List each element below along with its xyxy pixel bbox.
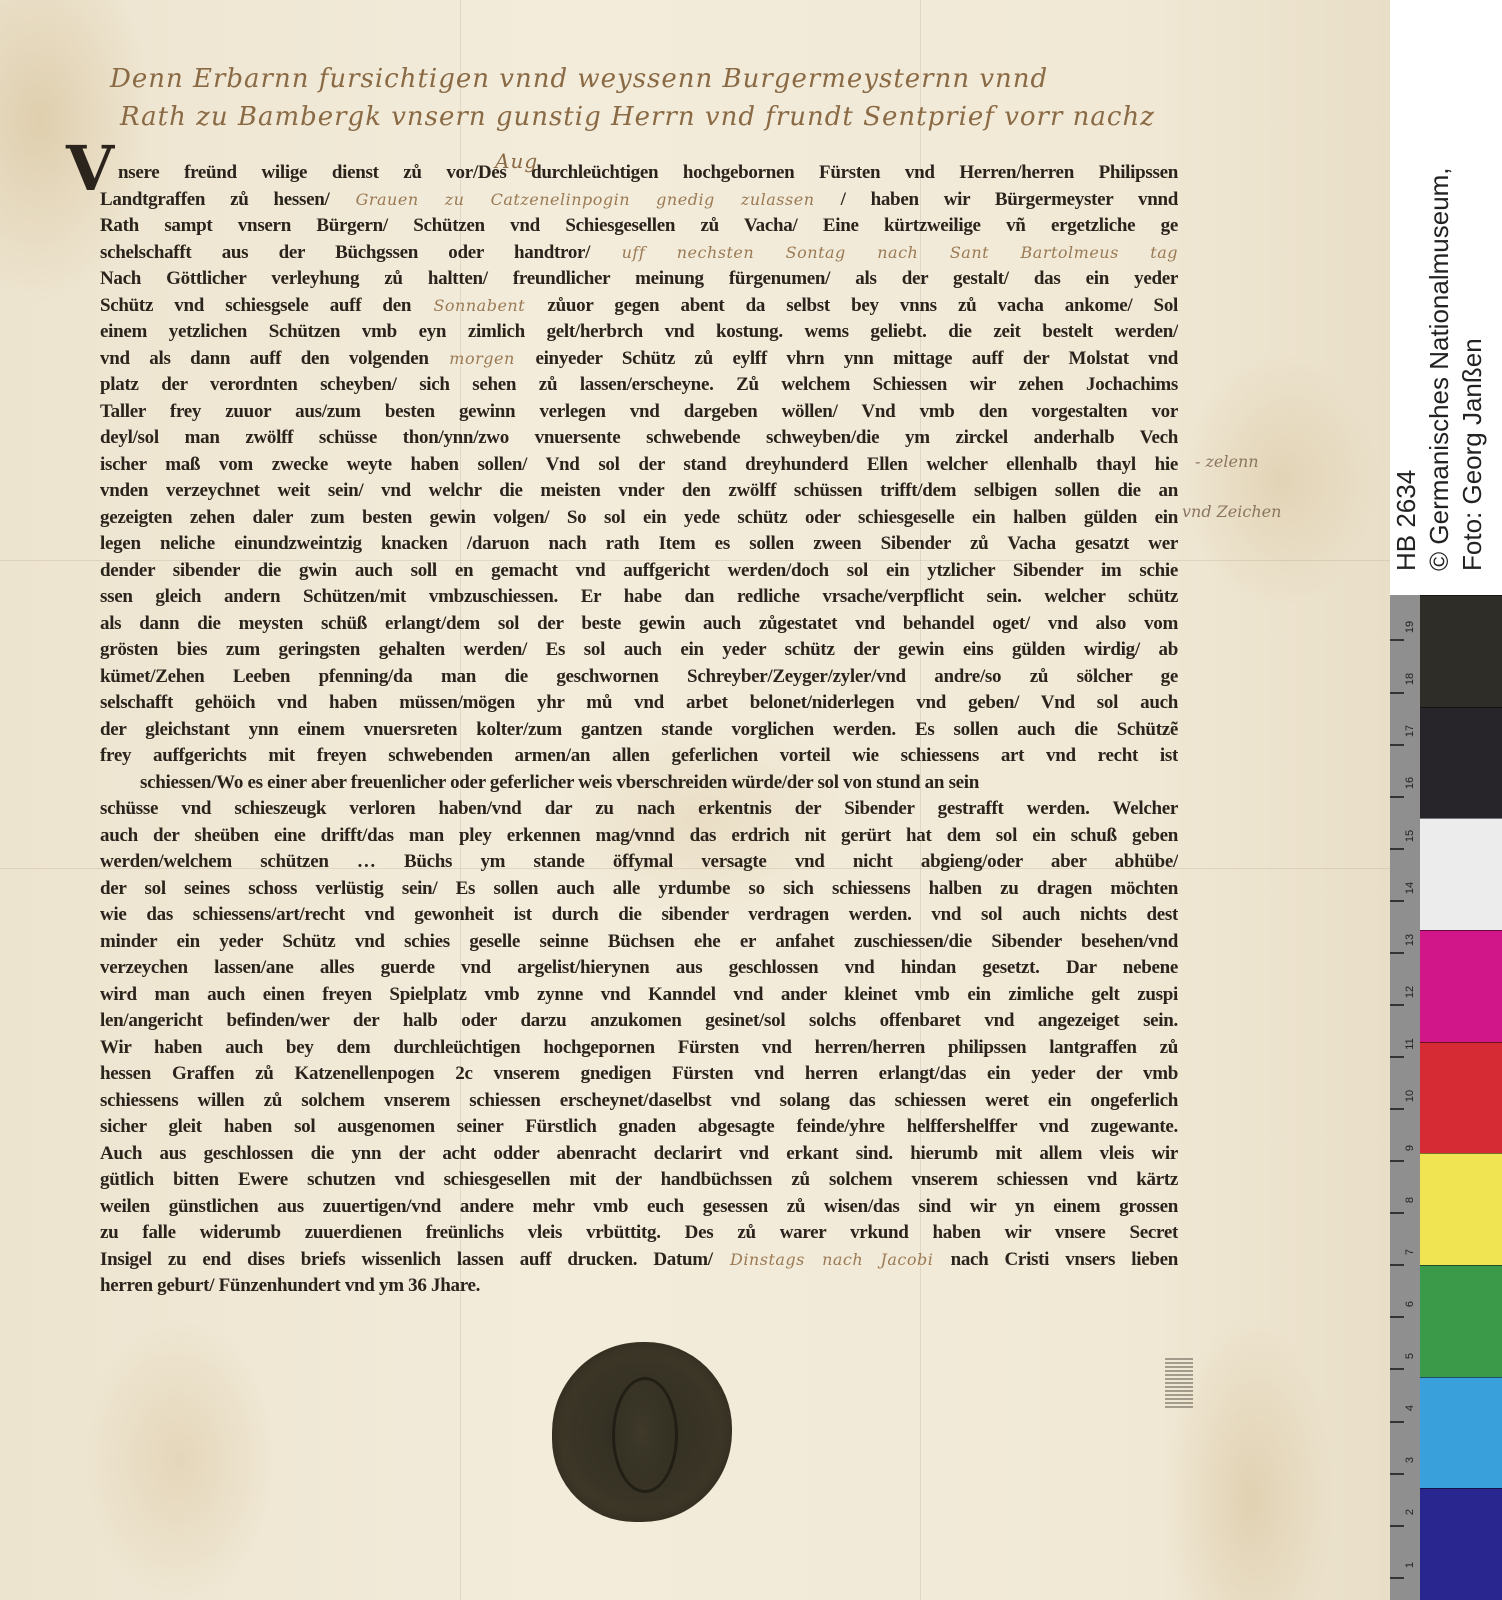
printed-text: grösten bies zum geringsten gehalten wer… <box>100 639 1178 660</box>
text-line: len/angericht befinden/wer der halb oder… <box>100 1008 1178 1035</box>
text-line: hessen Graffen zů Katzenellenpogen 2c vn… <box>100 1061 1178 1088</box>
printed-text: zůuor gegen abent da selbst bey vnns zů … <box>548 295 1179 316</box>
address-line-2: Rath zu Bambergk vnsern gunstig Herrn vn… <box>110 98 1250 136</box>
printed-text: kümet/Zehen Leeben pfenning/da man die g… <box>100 666 1178 687</box>
ruler-label: 16 <box>1404 773 1416 793</box>
printed-text: sicher gleit haben sol ausgenomen seiner… <box>100 1116 1178 1137</box>
printed-text: hessen Graffen zů Katzenellenpogen 2c vn… <box>100 1063 1178 1084</box>
inventory-number: HB 2634 <box>1390 0 1423 571</box>
parchment-document: Denn Erbarnn fursichtigen vnnd weyssenn … <box>0 0 1390 1600</box>
printed-text: auch der sheüben eine drifft/das man ple… <box>100 825 1178 846</box>
text-line: selschafft gehöich vnd haben müssen/möge… <box>100 690 1178 717</box>
seal-imprint <box>612 1377 678 1493</box>
text-line: wird man auch einen freyen Spielplatz vm… <box>100 982 1178 1009</box>
text-line: gezeigten zehen daler zum besten gewin v… <box>100 505 1178 532</box>
ruler-label: 19 <box>1404 617 1416 637</box>
ruler-label: 18 <box>1404 669 1416 689</box>
handwritten-insertion: uff nechsten Sontag nach Sant Bartolmeus… <box>590 243 1178 262</box>
ruler-tick <box>1390 1421 1404 1423</box>
text-line: Landtgraffen zů hessen/ Grauen zu Catzen… <box>100 187 1178 214</box>
printed-text: schüsse vnd schieszeugk verloren haben/v… <box>100 798 1178 819</box>
printed-text: der gleichstant ynn einem vnuersreten ko… <box>100 719 1178 740</box>
handwritten-address: Denn Erbarnn fursichtigen vnnd weyssenn … <box>110 60 1250 136</box>
ruler-tick <box>1390 1004 1404 1006</box>
printed-text: gütlich bitten Ewere schutzen vnd schies… <box>100 1169 1178 1190</box>
ink-smudge <box>1165 1358 1193 1408</box>
printed-text: schiessens willen zů solchem vnserem sch… <box>100 1090 1178 1111</box>
ruler-tick <box>1390 952 1404 954</box>
printed-text: Rath sampt vnsern Bürgern/ Schützen vnd … <box>100 215 1178 236</box>
text-line: Schütz vnd schiesgsele auff den Sonnaben… <box>100 293 1178 320</box>
text-line: Taller frey zuuor aus/zum besten gewinn … <box>100 399 1178 426</box>
ruler-label: 6 <box>1404 1294 1416 1314</box>
color-patch-green <box>1420 1265 1502 1378</box>
printed-text: deyl/sol man zwölff schüsse thon/ynn/zwo… <box>100 427 1178 448</box>
printed-text: vnden verzeychnet weit sein/ vnd welchr … <box>100 480 1178 501</box>
ruler-label: 14 <box>1404 878 1416 898</box>
handwritten-insertion: Dinstags nach Jacobi <box>713 1250 951 1269</box>
handwritten-insertion: morgen <box>429 349 536 368</box>
printed-text: Insigel zu end dises briefs wissenlich l… <box>100 1249 713 1270</box>
printed-text: Landtgraffen zů hessen/ <box>100 189 329 210</box>
text-line: wie das schiessens/art/recht vnd gewonhe… <box>100 902 1178 929</box>
color-patch-blue <box>1420 1488 1502 1600</box>
wax-seal <box>552 1342 732 1522</box>
text-line: platz der verordnten scheyben/ sich sehe… <box>100 372 1178 399</box>
text-line: dender sibender die gwin auch soll en ge… <box>100 558 1178 585</box>
printed-text: ischer maß vom zwecke weyte haben sollen… <box>100 454 1178 475</box>
handwritten-insertion: Sonnabent <box>411 296 547 315</box>
printed-text: der sol seines schoss verlüstig sein/ Es… <box>100 878 1178 899</box>
color-patch-dark-gray <box>1420 707 1502 820</box>
text-line: verzeychen lassen/ane alles guerde vnd a… <box>100 955 1178 982</box>
printed-text-block: nsere freünd wilige dienst zů vor/Des du… <box>100 160 1178 1300</box>
printed-text: minder ein yeder Schütz vnd schies gesel… <box>100 931 1178 952</box>
text-line: nsere freünd wilige dienst zů vor/Des du… <box>100 160 1178 187</box>
ruler-label: 10 <box>1404 1086 1416 1106</box>
handwritten-insertion: Grauen zu Catzenelinpogin gnedig zulasse… <box>329 190 840 209</box>
ruler-label: 8 <box>1404 1190 1416 1210</box>
text-line: Nach Göttlicher verleyhung zů haltten/ f… <box>100 266 1178 293</box>
ruler-label: 13 <box>1404 930 1416 950</box>
text-line: deyl/sol man zwölff schüsse thon/ynn/zwo… <box>100 425 1178 452</box>
text-line: Rath sampt vnsern Bürgern/ Schützen vnd … <box>100 213 1178 240</box>
ruler-label: 4 <box>1404 1398 1416 1418</box>
ruler-label: 2 <box>1404 1502 1416 1522</box>
ruler-tick <box>1390 796 1404 798</box>
printed-text: selschafft gehöich vnd haben müssen/möge… <box>100 692 1178 713</box>
ruler-tick <box>1390 1212 1404 1214</box>
text-line: der sol seines schoss verlüstig sein/ Es… <box>100 876 1178 903</box>
printed-text: verzeychen lassen/ane alles guerde vnd a… <box>100 957 1178 978</box>
printed-text: als dann die meysten schüß erlangt/dem s… <box>100 613 1178 634</box>
printed-text: len/angericht befinden/wer der halb oder… <box>100 1010 1178 1031</box>
printed-text: ssen gleich andern Schützen/mit vmbzusch… <box>100 586 1178 607</box>
printed-text: einyeder Schütz zů eylff vhrn ynn mittag… <box>535 348 1178 369</box>
printed-text: zu falle widerumb zuuerdienen freünlichs… <box>100 1222 1178 1243</box>
color-patch-yellow <box>1420 1153 1502 1266</box>
ruler-tick <box>1390 692 1404 694</box>
ruler-label: 15 <box>1404 826 1416 846</box>
text-line: frey auffgerichts mit freyen schwebenden… <box>100 743 1178 770</box>
text-line: vnd als dann auff den volgenden morgen e… <box>100 346 1178 373</box>
text-line: zu falle widerumb zuuerdienen freünlichs… <box>100 1220 1178 1247</box>
printed-text: schelschafft aus der Büchgssen oder hand… <box>100 242 590 263</box>
ruler-label: 9 <box>1404 1138 1416 1158</box>
text-line: als dann die meysten schüß erlangt/dem s… <box>100 611 1178 638</box>
printed-text: gezeigten zehen daler zum besten gewin v… <box>100 507 1178 528</box>
printed-text: nach Cristi vnsers lieben <box>951 1249 1178 1270</box>
photographer-line: Foto: Georg Janßen <box>1456 0 1489 571</box>
printed-text: nsere freünd wilige dienst zů vor/Des du… <box>118 162 1178 183</box>
ruler-tick <box>1390 1160 1404 1162</box>
text-line: werden/welchem schützen … Büchs ym stand… <box>100 849 1178 876</box>
ruler-tick <box>1390 639 1404 641</box>
printed-text: dender sibender die gwin auch soll en ge… <box>100 560 1178 581</box>
ruler-label: 5 <box>1404 1346 1416 1366</box>
text-line: gütlich bitten Ewere schutzen vnd schies… <box>100 1167 1178 1194</box>
printed-text: frey auffgerichts mit freyen schwebenden… <box>100 745 1178 766</box>
printed-text: wird man auch einen freyen Spielplatz vm… <box>100 984 1178 1005</box>
printed-text: schiessen/Wo es einer aber freuenlicher … <box>140 772 979 793</box>
ruler-tick <box>1390 1316 1404 1318</box>
ruler-tick <box>1390 1368 1404 1370</box>
text-line: schiessen/Wo es einer aber freuenlicher … <box>100 770 1178 797</box>
color-patch-magenta <box>1420 930 1502 1043</box>
color-patch-red <box>1420 1042 1502 1155</box>
printed-text: herren geburt/ Fünzenhundert vnd ym 36 J… <box>100 1275 480 1296</box>
printed-text: Auch aus geschlossen die ynn der acht od… <box>100 1143 1178 1164</box>
printed-text: werden/welchem schützen … Büchs ym stand… <box>100 851 1178 872</box>
color-patch-black <box>1420 595 1502 708</box>
ruler-label: 3 <box>1404 1450 1416 1470</box>
ruler-tick <box>1390 1108 1404 1110</box>
printed-text: legen neliche einundzweintzig knacken /d… <box>100 533 1178 554</box>
printed-text: einem yetzlichen Schützen vmb eyn zimlic… <box>100 321 1178 342</box>
color-patch-cyan <box>1420 1377 1502 1490</box>
printed-text: weilen günstlichen aus zuuertigen/vnd an… <box>100 1196 1178 1217</box>
ruler-tick <box>1390 1525 1404 1527</box>
text-line: einem yetzlichen Schützen vmb eyn zimlic… <box>100 319 1178 346</box>
text-line: schelschafft aus der Büchgssen oder hand… <box>100 240 1178 267</box>
text-line: sicher gleit haben sol ausgenomen seiner… <box>100 1114 1178 1141</box>
printed-text: platz der verordnten scheyben/ sich sehe… <box>100 374 1178 395</box>
ruler-tick <box>1390 1264 1404 1266</box>
measurement-ruler: 19181716151413121110987654321 <box>1390 595 1420 1600</box>
ruler-label: 12 <box>1404 982 1416 1002</box>
copyright-line: © Germanisches Nationalmuseum, <box>1423 0 1456 571</box>
text-line: Insigel zu end dises briefs wissenlich l… <box>100 1247 1178 1274</box>
printed-text: Nach Göttlicher verleyhung zů haltten/ f… <box>100 268 1178 289</box>
text-line: der gleichstant ynn einem vnuersreten ko… <box>100 717 1178 744</box>
text-line: ischer maß vom zwecke weyte haben sollen… <box>100 452 1178 479</box>
ruler-label: 17 <box>1404 721 1416 741</box>
text-line: legen neliche einundzweintzig knacken /d… <box>100 531 1178 558</box>
margin-note: - zelenn <box>1195 452 1259 471</box>
text-line: minder ein yeder Schütz vnd schies gesel… <box>100 929 1178 956</box>
ruler-label: 1 <box>1404 1555 1416 1575</box>
printed-text: Taller frey zuuor aus/zum besten gewinn … <box>100 401 1178 422</box>
printed-text: Wir haben auch bey dem durchleüchtigen h… <box>100 1037 1178 1058</box>
printed-text: vnd als dann auff den volgenden <box>100 348 429 369</box>
photo-credit: HB 2634 © Germanisches Nationalmuseum, F… <box>1390 0 1502 585</box>
text-line: ssen gleich andern Schützen/mit vmbzusch… <box>100 584 1178 611</box>
ruler-tick <box>1390 744 1404 746</box>
ruler-tick <box>1390 900 1404 902</box>
text-line: grösten bies zum geringsten gehalten wer… <box>100 637 1178 664</box>
ruler-label: 11 <box>1404 1034 1416 1054</box>
ruler-tick <box>1390 1056 1404 1058</box>
printed-text: wie das schiessens/art/recht vnd gewonhe… <box>100 904 1178 925</box>
ruler-tick <box>1390 848 1404 850</box>
text-line: Auch aus geschlossen die ynn der acht od… <box>100 1141 1178 1168</box>
text-line: Wir haben auch bey dem durchleüchtigen h… <box>100 1035 1178 1062</box>
margin-note: vnd Zeichen <box>1182 502 1281 521</box>
printed-text: Schütz vnd schiesgsele auff den <box>100 295 411 316</box>
text-line: vnden verzeychnet weit sein/ vnd welchr … <box>100 478 1178 505</box>
text-line: weilen günstlichen aus zuuertigen/vnd an… <box>100 1194 1178 1221</box>
photo-credit-panel: HB 2634 © Germanisches Nationalmuseum, F… <box>1390 0 1502 595</box>
text-line: auch der sheüben eine drifft/das man ple… <box>100 823 1178 850</box>
ruler-label: 7 <box>1404 1242 1416 1262</box>
ruler-tick <box>1390 1577 1404 1579</box>
printed-text: / haben wir Bürgermeyster vnnd <box>841 189 1178 210</box>
text-line: kümet/Zehen Leeben pfenning/da man die g… <box>100 664 1178 691</box>
ruler-tick <box>1390 1473 1404 1475</box>
text-line: schüsse vnd schieszeugk verloren haben/v… <box>100 796 1178 823</box>
text-line: herren geburt/ Fünzenhundert vnd ym 36 J… <box>100 1273 1178 1300</box>
text-line: schiessens willen zů solchem vnserem sch… <box>100 1088 1178 1115</box>
address-line-1: Denn Erbarnn fursichtigen vnnd weyssenn … <box>110 60 1250 98</box>
color-patch-white <box>1420 818 1502 931</box>
